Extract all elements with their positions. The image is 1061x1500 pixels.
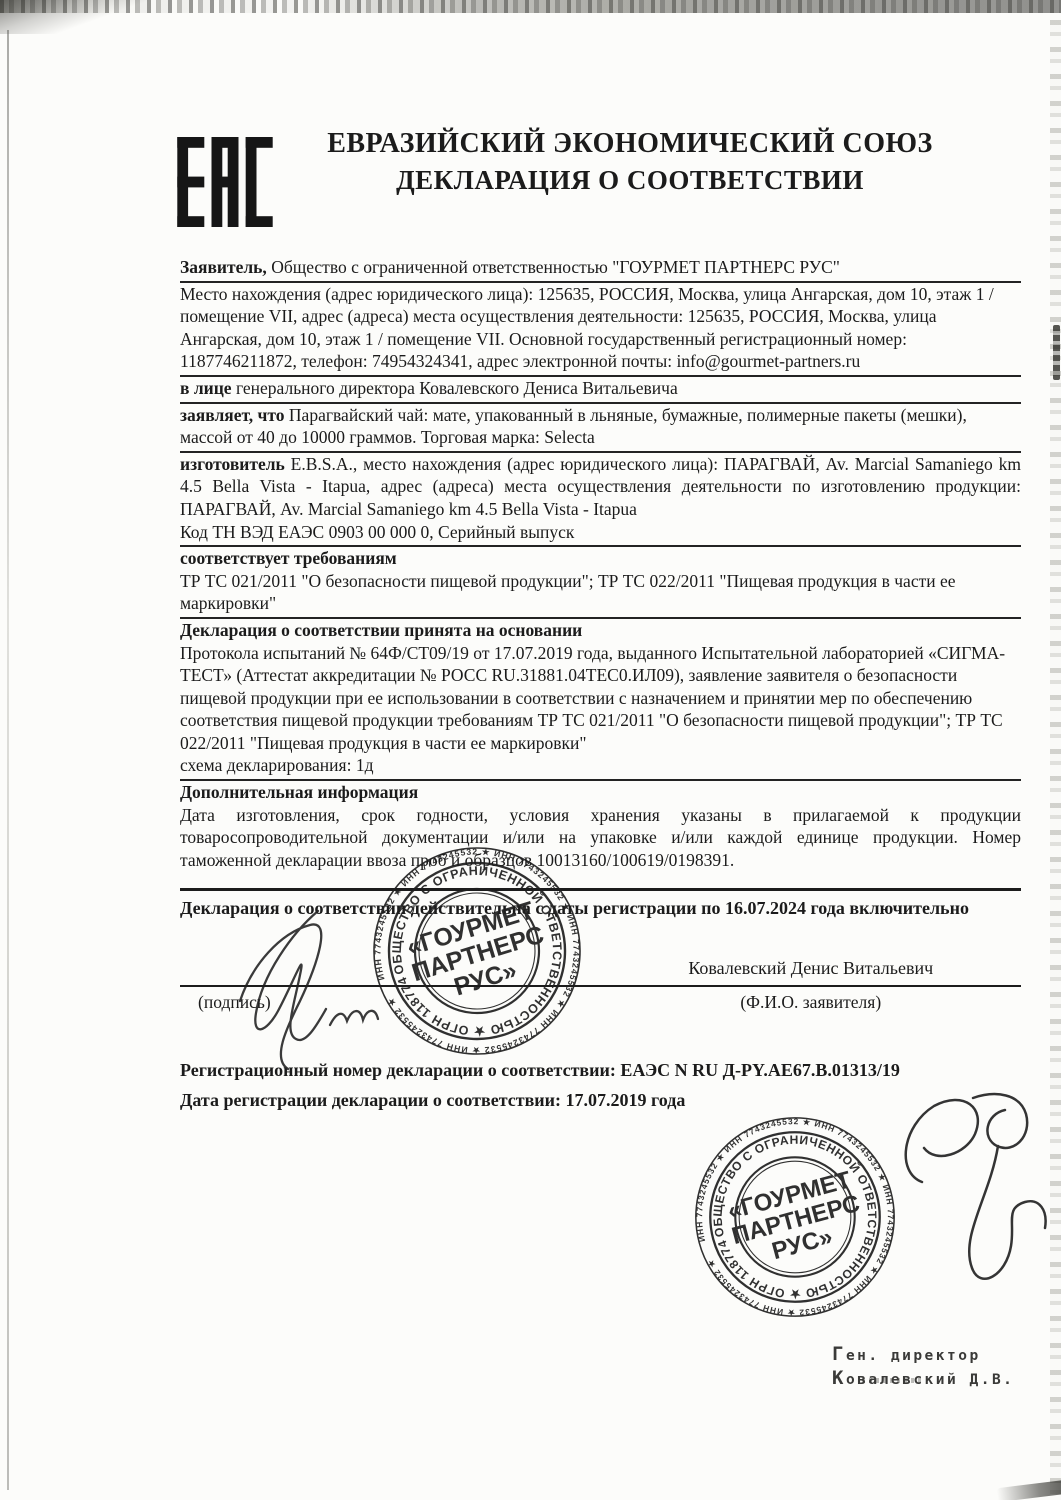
- title-declaration: ДЕКЛАРАЦИЯ О СООТВЕТСТВИИ: [300, 162, 960, 198]
- section-requirements: соответствует требованиям ТР ТС 021/2011…: [180, 547, 1021, 619]
- signature-zone: ИНН 7743245532 ★ ИНН 7743245532 ★ ИНН 77…: [180, 921, 1021, 1033]
- applicant-label: Заявитель,: [180, 257, 267, 277]
- applicant-name-caption: (Ф.И.О. заявителя): [601, 991, 1022, 1014]
- bottom-zone: ИНН 7743245532 ★ ИНН 7743245532 ★ ИНН 77…: [180, 1100, 1061, 1500]
- requirements-text: ТР ТС 021/2011 "О безопасности пищевой п…: [180, 570, 1021, 615]
- field-applicant: Заявитель, Общество с ограниченной ответ…: [180, 256, 1021, 283]
- manufacturer-value: E.B.S.A., место нахождения (адрес юридич…: [180, 454, 1021, 519]
- basis-heading: Декларация о соответствии принята на осн…: [180, 619, 1021, 642]
- in-person-value: генерального директора Ковалевского Дени…: [236, 378, 678, 398]
- signature-line: [180, 985, 1021, 987]
- address-text: Место нахождения (адрес юридического лиц…: [180, 284, 994, 372]
- tnved-code-line: Код ТН ВЭД ЕАЭС 0903 00 000 0, Серийный …: [180, 521, 1021, 544]
- section-basis: Декларация о соответствии принята на осн…: [180, 619, 1021, 781]
- field-declares: заявляет, что Парагвайский чай: мате, уп…: [180, 404, 1021, 453]
- director-signature: [878, 1086, 1061, 1326]
- director-stamp-text: Ген. директор Ковалевский Д.В.: [832, 1343, 1014, 1391]
- applicant-name: Ковалевский Денис Витальевич: [601, 957, 1022, 980]
- company-seal-bottom: ИНН 7743245532 ★ ИНН 7743245532 ★ ИНН 77…: [692, 1114, 898, 1325]
- additional-text: Дата изготовления, срок годности, услови…: [180, 804, 1021, 872]
- scan-artifact-left-edge: [7, 30, 9, 1490]
- declares-label: заявляет, что: [180, 405, 285, 425]
- in-person-label: в лице: [180, 378, 232, 398]
- requirements-heading: соответствует требованиям: [180, 547, 1021, 570]
- scan-artifact-top-left-wedge: [0, 0, 150, 34]
- field-in-person: в лице генерального директора Ковалевско…: [180, 377, 1021, 404]
- field-manufacturer: изготовитель E.B.S.A., место нахождения …: [180, 453, 1021, 547]
- eac-logo-icon: [177, 137, 273, 232]
- field-address: Место нахождения (адрес юридического лиц…: [180, 283, 1021, 377]
- manufacturer-label: изготовитель: [180, 454, 285, 474]
- title-union: ЕВРАЗИЙСКИЙ ЭКОНОМИЧЕСКИЙ СОЮЗ: [300, 126, 960, 162]
- scheme-line: схема декларирования: 1д: [180, 754, 1021, 777]
- document-body: Заявитель, Общество с ограниченной ответ…: [180, 256, 1021, 1115]
- additional-heading: Дополнительная информация: [180, 781, 1021, 804]
- director-name: Ковалевский Д.В.: [832, 1367, 1014, 1391]
- section-additional-info: Дополнительная информация Дата изготовле…: [180, 781, 1021, 871]
- document-title: ЕВРАЗИЙСКИЙ ЭКОНОМИЧЕСКИЙ СОЮЗ ДЕКЛАРАЦИ…: [300, 126, 960, 198]
- applicant-value: Общество с ограниченной ответственностью…: [271, 257, 840, 277]
- scan-artifact-right-blob: [1053, 325, 1060, 380]
- signature-caption: (подпись): [198, 991, 271, 1014]
- scan-artifact-top-edge: [0, 0, 1061, 13]
- director-position: Ген. директор: [832, 1343, 1014, 1367]
- manufacturer-paragraph: изготовитель E.B.S.A., место нахождения …: [180, 453, 1021, 521]
- basis-text: Протокола испытаний № 64Ф/СТ09/19 от 17.…: [180, 642, 1021, 755]
- declares-value: Парагвайский чай: мате, упакованный в ль…: [180, 405, 967, 448]
